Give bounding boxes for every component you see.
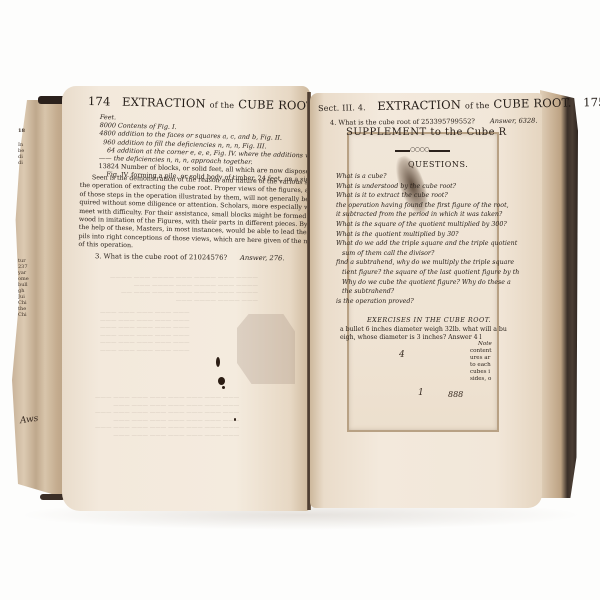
bleed-through-text: ——— ——— ——— ——— —————— ——— ——— ——— —————… bbox=[100, 310, 190, 355]
exercises-heading: EXERCISES IN THE CUBE ROOT. bbox=[367, 316, 491, 324]
bleed-through-cube-figure bbox=[237, 314, 295, 384]
cube-additions-table: Feet. 8000 Contents of Fig. I. 4800 addi… bbox=[98, 113, 335, 185]
ink-stain bbox=[218, 377, 225, 385]
question-4: 4. What is the cube root of 253395799552… bbox=[330, 117, 475, 127]
ink-stain bbox=[222, 386, 225, 389]
ornament-rule bbox=[395, 150, 450, 152]
torn-page-fragment: 18 In be di di tur 237 yar ome bull gh J… bbox=[18, 100, 44, 400]
right-page-edges bbox=[540, 90, 578, 498]
handwritten-mark: 4 bbox=[399, 350, 405, 360]
handwritten-mark: 1 bbox=[418, 388, 424, 398]
ink-stain bbox=[234, 418, 236, 421]
photo-scene: 18 In be di di tur 237 yar ome bull gh J… bbox=[0, 0, 600, 600]
demonstration-paragraph: Seen is the demonstration of the reason … bbox=[78, 174, 329, 255]
margin-note: Note content ures ar to each cubes i sid… bbox=[470, 341, 492, 383]
supplement-title: SUPPLEMENT to the Cube R bbox=[346, 127, 507, 138]
question-3: 3. What is the cube root of 21024576? An… bbox=[95, 252, 227, 261]
handwritten-mark: 888 bbox=[448, 390, 463, 399]
bleed-through-text: ——— ——— ——— ——— ——— ——— ——— —————— ——— —… bbox=[95, 395, 239, 440]
ink-stain bbox=[216, 357, 220, 367]
bleed-through-text: ———— ——— ———— ——— ———— ——— ———————— ——— … bbox=[110, 275, 258, 305]
review-questions: What is a cube? What is understood by th… bbox=[336, 172, 519, 306]
exercise-text: a bullet 6 inches diameter weigh 32lb. w… bbox=[340, 326, 507, 342]
